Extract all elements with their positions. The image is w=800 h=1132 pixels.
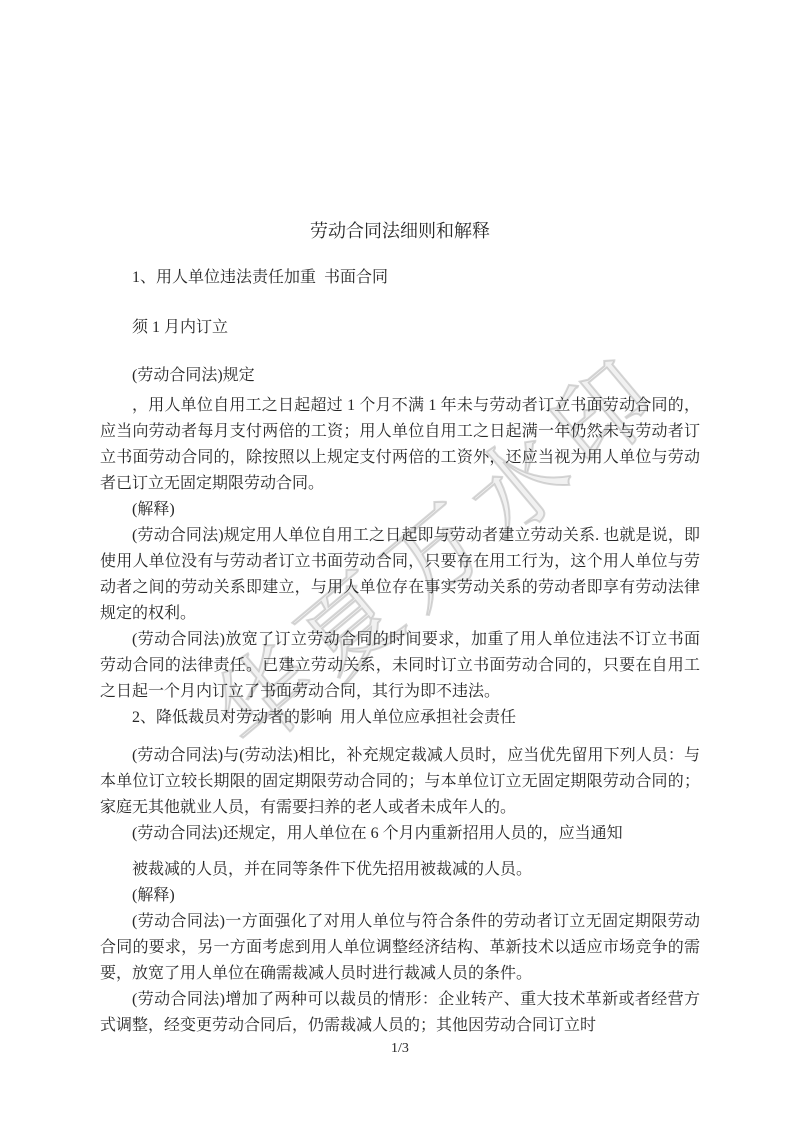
body-paragraph: (劳动合同法)一方面强化了对用人单位与符合条件的劳动者订立无固定期限劳动合同的要… — [100, 909, 700, 987]
explanation-label: (解释) — [100, 883, 700, 909]
document-content: 劳动合同法细则和解释 1、用人单位违法责任加重 书面合同 须 1 月内订立 (劳… — [100, 0, 700, 1059]
section-heading-2: 2、降低裁员对劳动者的影响 用人单位应承担社会责任 — [100, 705, 700, 731]
document-page: 华夏万水印 劳动合同法细则和解释 1、用人单位违法责任加重 书面合同 须 1 月… — [0, 0, 800, 1132]
section-heading-1: 1、用人单位违法责任加重 书面合同 — [100, 265, 700, 291]
page-number: 1/3 — [100, 1039, 700, 1059]
law-reference-line: (劳动合同法)规定 — [100, 363, 700, 389]
subheading-line: 须 1 月内订立 — [100, 315, 700, 341]
explanation-label: (解释) — [100, 497, 700, 523]
document-title: 劳动合同法细则和解释 — [100, 218, 700, 244]
body-paragraph: (劳动合同法)还规定，用人单位在 6 个月内重新招用人员的，应当通知 — [100, 821, 700, 847]
body-paragraph: (劳动合同法)增加了两种可以裁员的情形：企业转产、重大技术革新或者经营方式调整，… — [100, 987, 700, 1039]
body-paragraph: (劳动合同法)放宽了订立劳动合同的时间要求，加重了用人单位违法不订立书面劳动合同… — [100, 627, 700, 705]
body-paragraph: ，用人单位自用工之日起超过 1 个月不满 1 年未与劳动者订立书面劳动合同的，应… — [100, 393, 700, 497]
body-paragraph: 被裁减的人员，并在同等条件下优先招用被裁减的人员。 — [100, 857, 700, 883]
body-paragraph: (劳动合同法)与(劳动法)相比，补充规定裁减人员时，应当优先留用下列人员：与本单… — [100, 743, 700, 821]
body-paragraph: (劳动合同法)规定用人单位自用工之日起即与劳动者建立劳动关系. 也就是说，即使用… — [100, 523, 700, 627]
